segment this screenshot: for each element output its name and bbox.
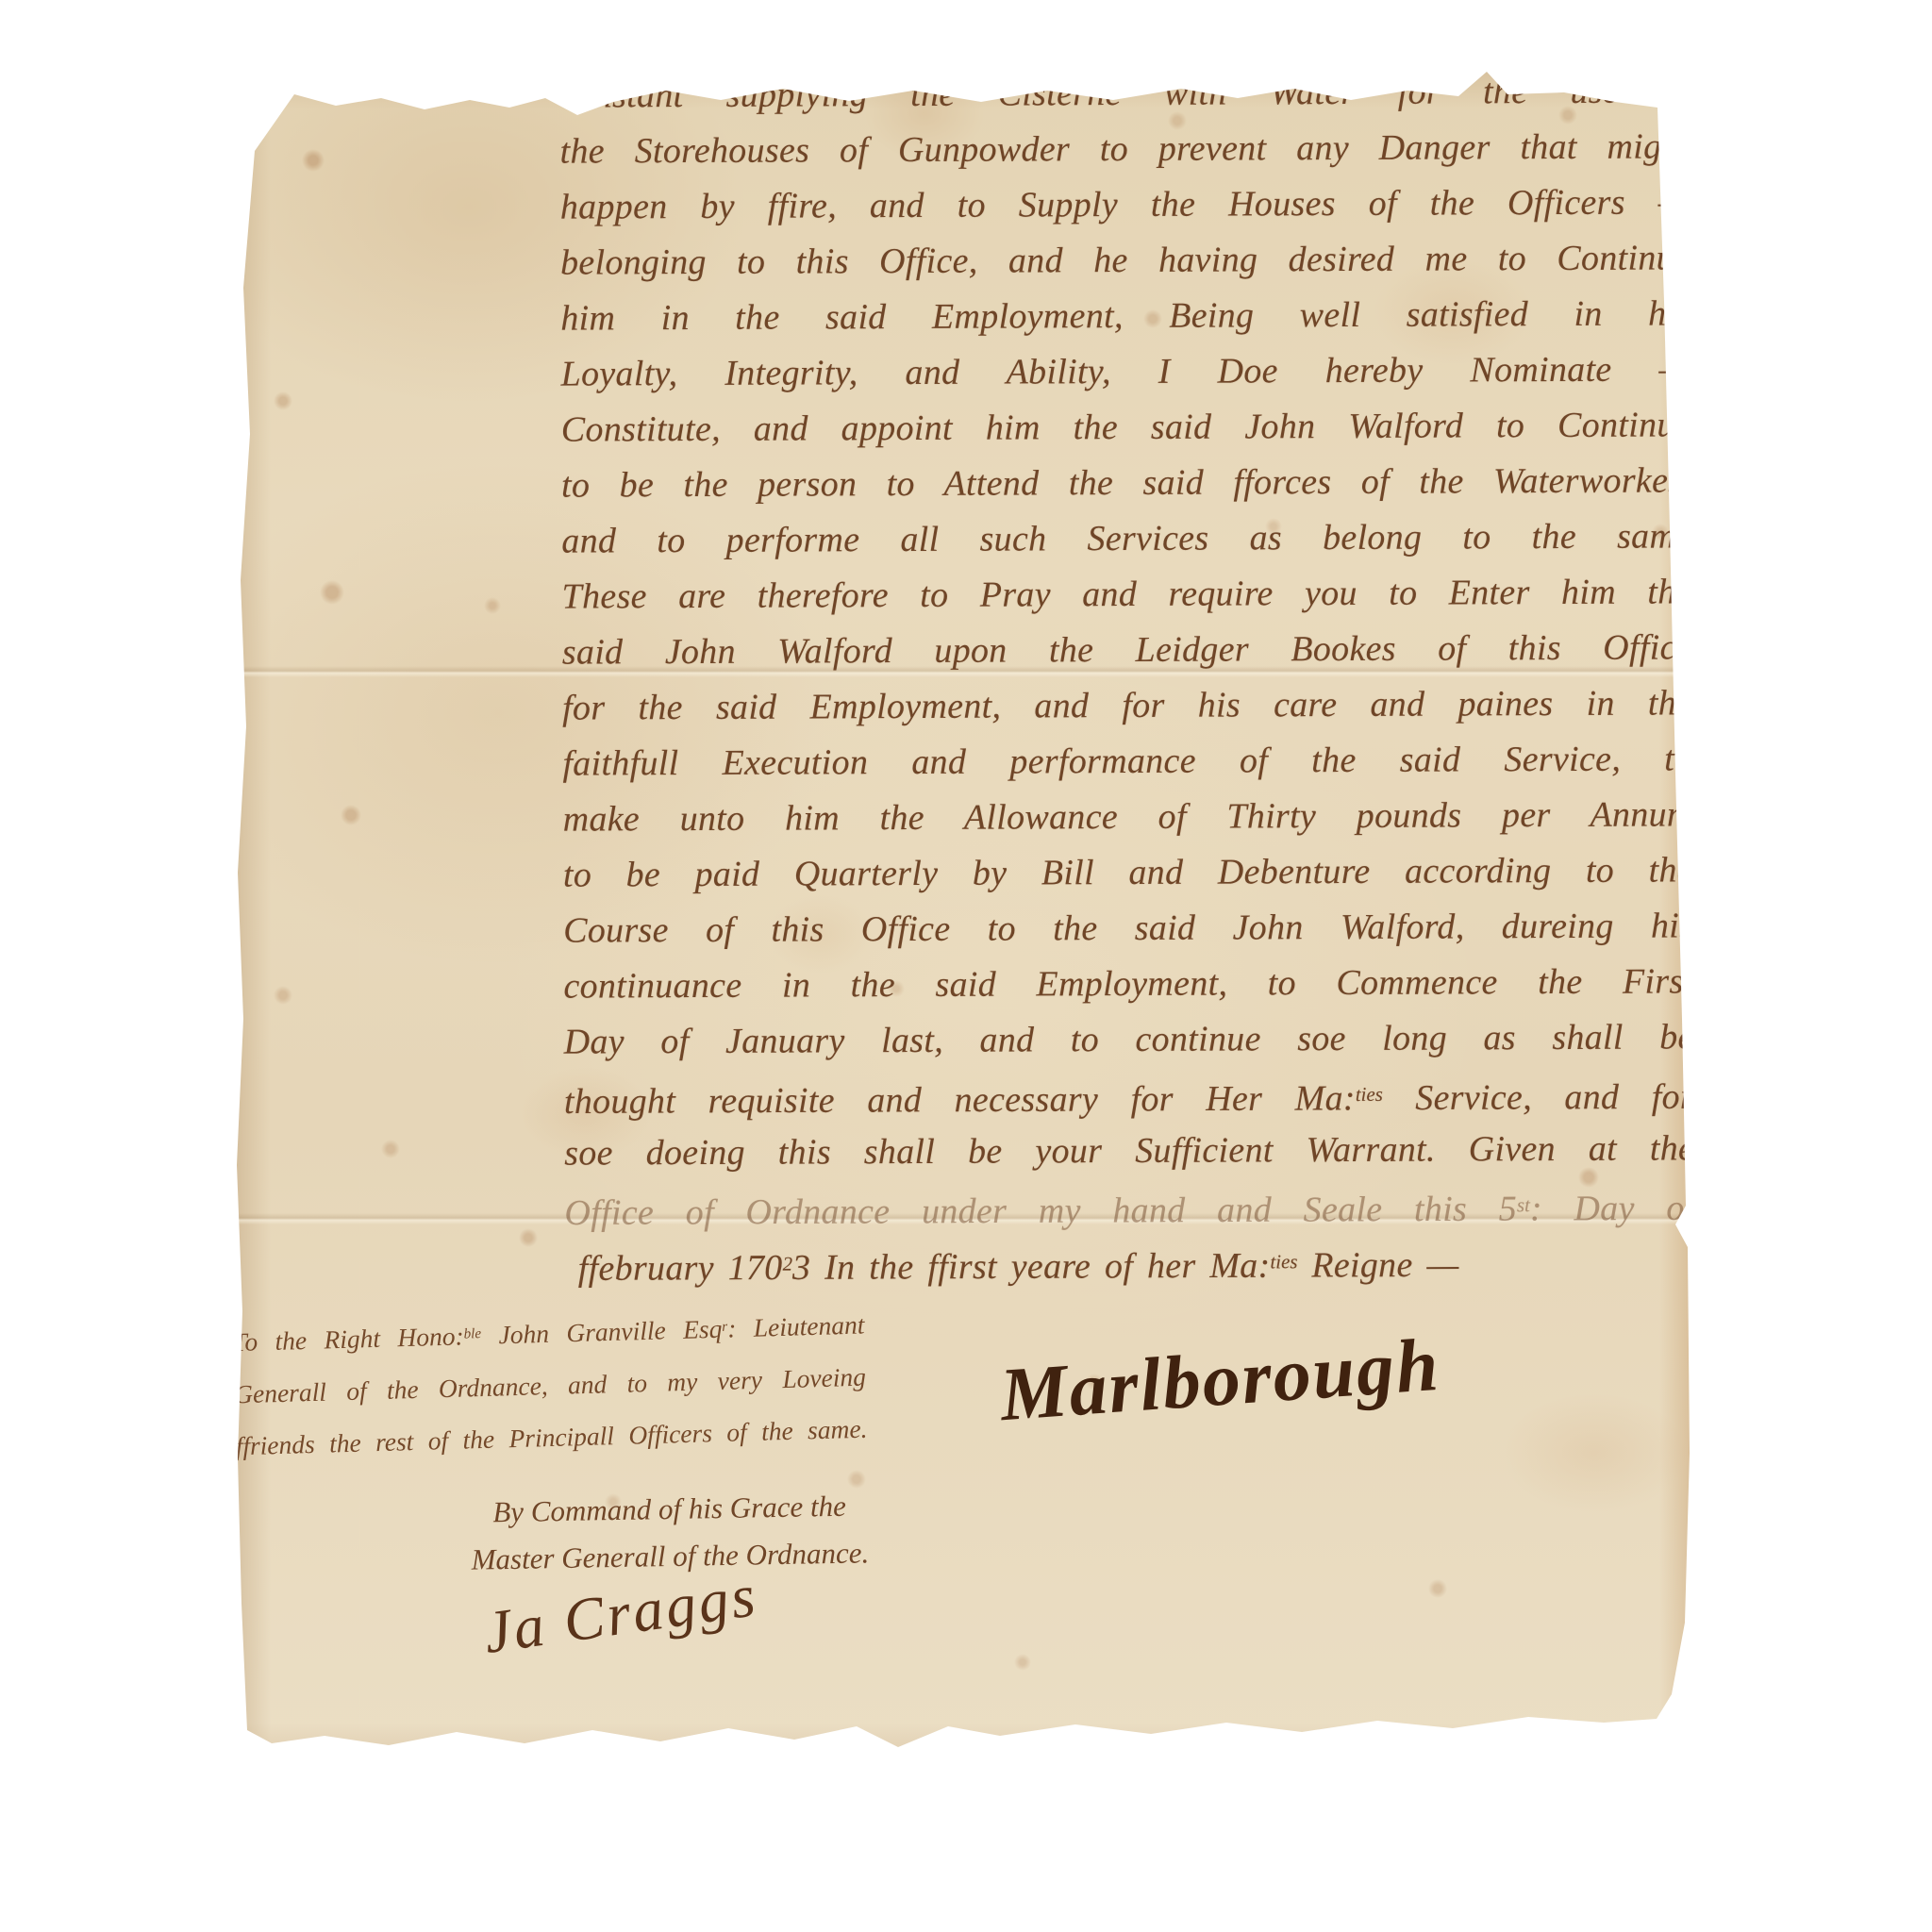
signature-marlborough: Marlborough — [997, 1323, 1442, 1439]
address-block: To the Right Hono:ble John Granville Esq… — [232, 1298, 868, 1472]
manuscript-line: happen by ffire, and to Supply the House… — [560, 175, 1690, 235]
superscript: ble — [463, 1326, 481, 1342]
command-block: By Command of his Grace theMaster Genera… — [386, 1481, 954, 1585]
manuscript-line: the Storehouses of Gunpowder to prevent … — [559, 119, 1690, 179]
manuscript-line: Loyalty, Integrity, and Ability, I Doe h… — [560, 341, 1690, 402]
manuscript-line: him in the said Employment, Being well s… — [560, 286, 1690, 346]
superscript: ties — [1270, 1250, 1297, 1273]
manuscript-line: belonging to this Office, and he having … — [560, 230, 1690, 291]
manuscript-line: and to performe all such Services as bel… — [561, 508, 1691, 569]
manuscript-line: continuance in the said Employment, to C… — [563, 954, 1693, 1014]
manuscript-line: make unto him the Allowance of Thirty po… — [563, 787, 1693, 847]
manuscript-line: for the said Employment, and for his car… — [562, 675, 1692, 736]
manuscript-line: thought requisite and necessary for Her … — [564, 1065, 1694, 1125]
manuscript-line: Day of January last, and to continue soe… — [564, 1009, 1694, 1070]
superscript: st — [1517, 1193, 1530, 1216]
manuscript-line: soe doeing this shall be your Sufficient… — [564, 1121, 1694, 1181]
manuscript-line: Course of this Office to the said John W… — [563, 898, 1693, 958]
manuscript-line: faithfull Execution and performance of t… — [562, 731, 1692, 791]
manuscript-line: said John Walford upon the Leidger Booke… — [562, 620, 1692, 680]
photo-background: constant supplying the Cisterne with Wat… — [0, 0, 1932, 1932]
superscript: ties — [1356, 1083, 1383, 1106]
superscript: r — [722, 1320, 727, 1335]
manuscript-line: ffebruary 17023 In the ffirst yeare of h… — [565, 1232, 1695, 1292]
manuscript-line: to be the person to Attend the said ffor… — [561, 453, 1691, 513]
manuscript-line: Constitute, and appoint him the said Joh… — [561, 397, 1691, 458]
manuscript-line: Office of Ordnance under my hand and Sea… — [564, 1176, 1694, 1237]
manuscript-paper: constant supplying the Cisterne with Wat… — [236, 72, 1691, 1760]
manuscript-line: to be paid Quarterly by Bill and Debentu… — [563, 842, 1693, 903]
manuscript-line: These are therefore to Pray and require … — [561, 564, 1691, 625]
superscript: 2 — [782, 1253, 792, 1275]
document-body: constant supplying the Cisterne with Wat… — [559, 63, 1695, 1292]
manuscript-line: constant supplying the Cisterne with Wat… — [559, 63, 1690, 124]
